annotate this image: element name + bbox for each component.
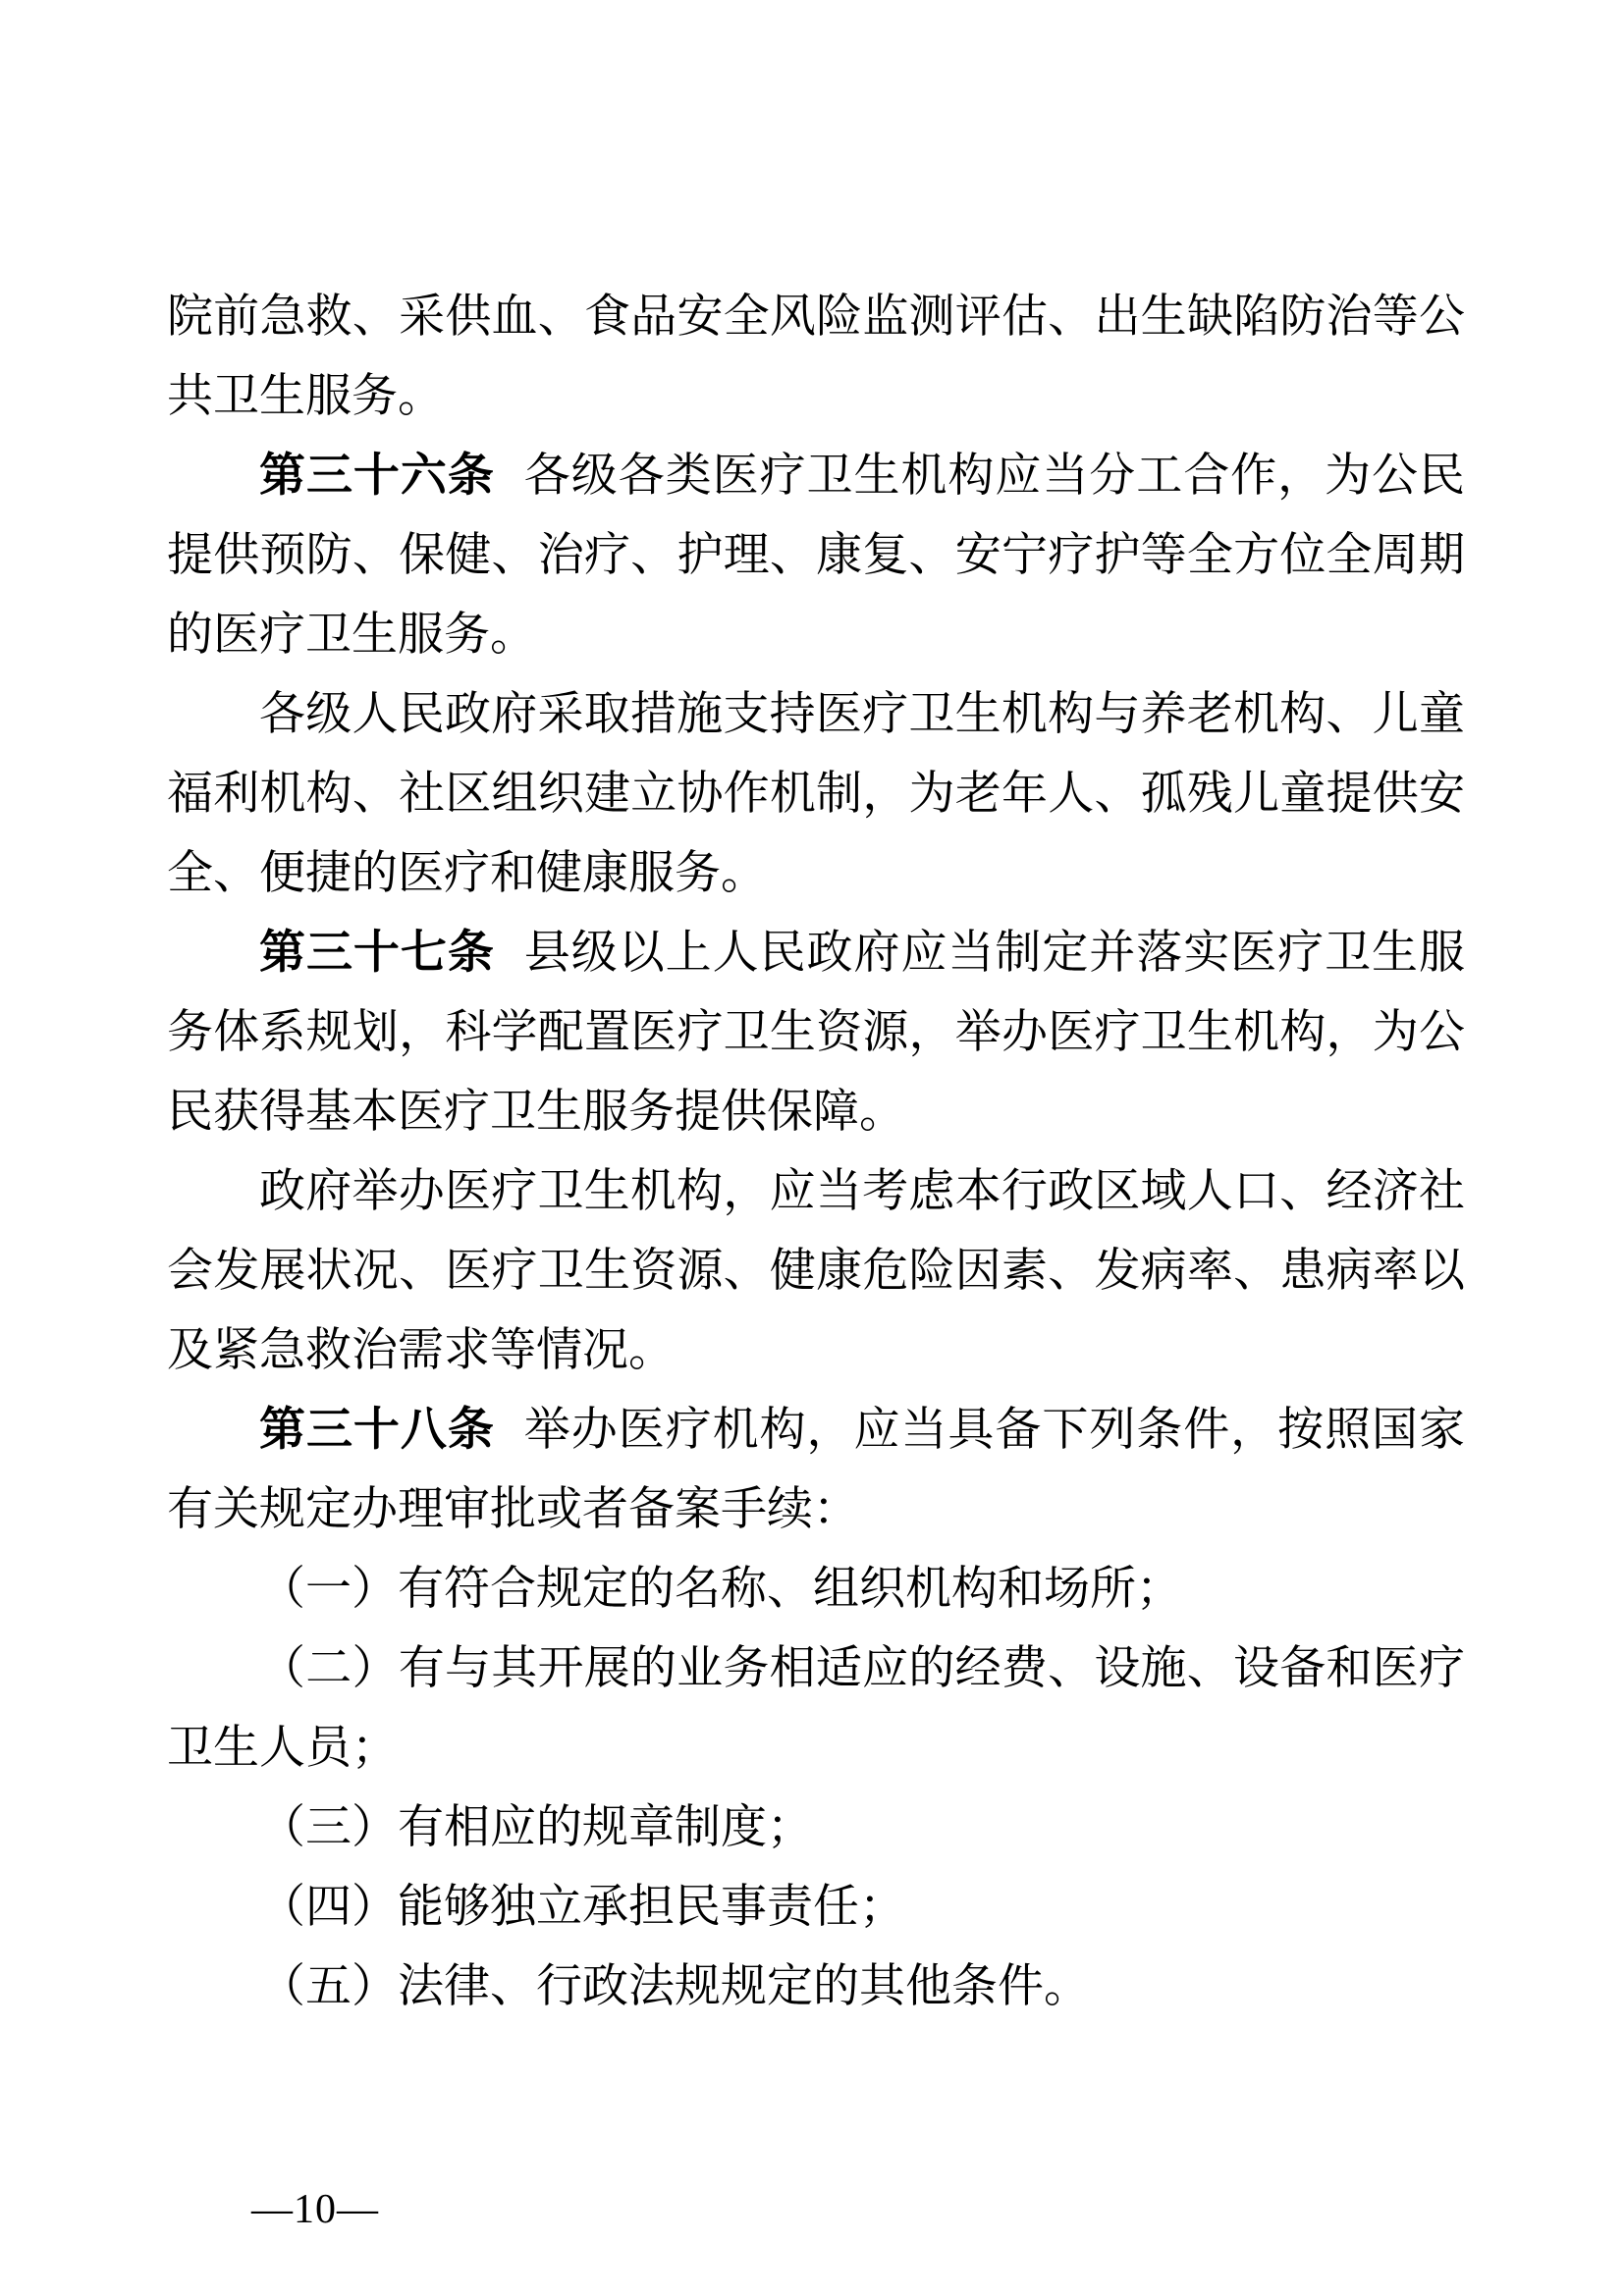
paragraph-article-37-cont: 政府举办医疗卫生机构，应当考虑本行政区域人口、经济社会发展状况、医疗卫生资源、健… bbox=[167, 1152, 1465, 1391]
paragraph-article-38: 第三十八条举办医疗机构，应当具备下列条件，按照国家有关规定办理审批或者备案手续： bbox=[167, 1391, 1465, 1550]
paragraph-article-36-cont: 各级人民政府采取措施支持医疗卫生机构与养老机构、儿童福利机构、社区组织建立协作机… bbox=[167, 675, 1465, 914]
article-38-heading: 第三十八条 bbox=[259, 1405, 495, 1456]
list-item-5: （五）法律、行政法规规定的其他条件。 bbox=[167, 1948, 1465, 2027]
paragraph-article-36: 第三十六条各级各类医疗卫生机构应当分工合作，为公民提供预防、保健、治疗、护理、康… bbox=[167, 437, 1465, 675]
paragraph-text: （四）能够独立承担民事责任； bbox=[259, 1882, 905, 1933]
article-37-heading: 第三十七条 bbox=[259, 928, 495, 979]
paragraph-text: （五）法律、行政法规规定的其他条件。 bbox=[259, 1961, 1090, 2012]
paragraph-text: 各级人民政府采取措施支持医疗卫生机构与养老机构、儿童福利机构、社区组织建立协作机… bbox=[167, 689, 1465, 899]
list-item-1: （一）有符合规定的名称、组织机构和场所； bbox=[167, 1550, 1465, 1629]
paragraph-text: 政府举办医疗卫生机构，应当考虑本行政区域人口、经济社会发展状况、医疗卫生资源、健… bbox=[167, 1166, 1465, 1376]
list-item-4: （四）能够独立承担民事责任； bbox=[167, 1868, 1465, 1948]
document-body: 院前急救、采供血、食品安全风险监测评估、出生缺陷防治等公共卫生服务。 第三十六条… bbox=[167, 278, 1465, 2027]
list-item-2: （二）有与其开展的业务相适应的经费、设施、设备和医疗卫生人员； bbox=[167, 1629, 1465, 1789]
paragraph-text: （二）有与其开展的业务相适应的经费、设施、设备和医疗卫生人员； bbox=[167, 1643, 1465, 1774]
page-number: —10— bbox=[251, 2185, 379, 2234]
list-item-3: （三）有相应的规章制度； bbox=[167, 1789, 1465, 1868]
paragraph-article-37: 第三十七条县级以上人民政府应当制定并落实医疗卫生服务体系规划，科学配置医疗卫生资… bbox=[167, 914, 1465, 1152]
article-36-heading: 第三十六条 bbox=[259, 451, 495, 502]
paragraph-continuation: 院前急救、采供血、食品安全风险监测评估、出生缺陷防治等公共卫生服务。 bbox=[167, 278, 1465, 437]
paragraph-text: 院前急救、采供血、食品安全风险监测评估、出生缺陷防治等公共卫生服务。 bbox=[167, 292, 1465, 422]
paragraph-text: （一）有符合规定的名称、组织机构和场所； bbox=[259, 1564, 1182, 1615]
paragraph-text: （三）有相应的规章制度； bbox=[259, 1802, 813, 1853]
document-page: 院前急救、采供血、食品安全风险监测评估、出生缺陷防治等公共卫生服务。 第三十六条… bbox=[0, 0, 1624, 2296]
